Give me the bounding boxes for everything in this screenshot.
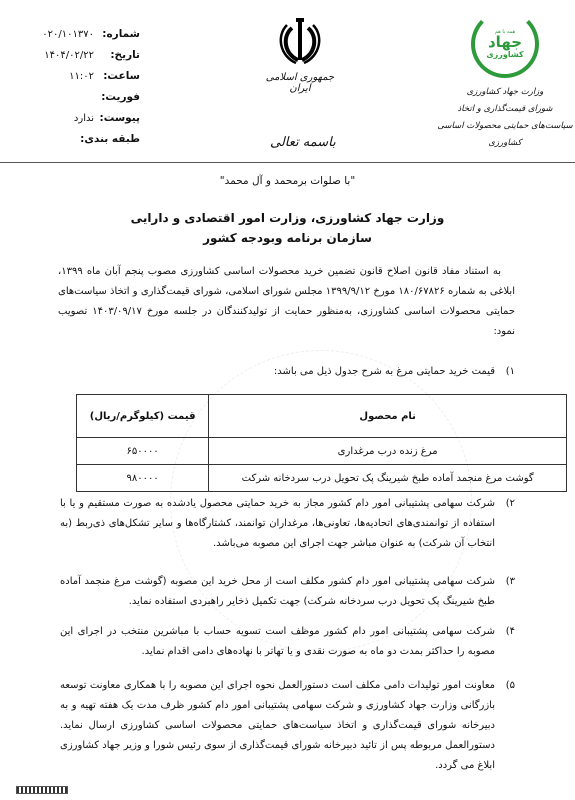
meta-label: تاریخ: <box>100 49 140 61</box>
table-row: مرغ زنده درب مرغداری ۶۵۰۰۰۰ <box>77 438 567 465</box>
qr-code-icon <box>16 786 68 794</box>
cell-price: ۹۸۰۰۰۰ <box>77 465 209 492</box>
table-header-row: نام محصول قیمت (کیلوگرم/ریال) <box>77 395 567 438</box>
item-number: ۵) <box>506 676 515 696</box>
meta-classification: طبقه بندی: <box>0 133 140 154</box>
national-emblem: جمهوری اسلامی ایران <box>265 16 335 94</box>
item-5: ۵) معاونت امور تولیدات دامی مکلف است دست… <box>60 676 515 776</box>
item-4: ۴) شرکت سهامی پشتیبانی امور دام کشور موظ… <box>60 622 515 662</box>
addressee-line-2: سازمان برنامه وبودجه کشور <box>0 228 575 248</box>
logo-line: شورای قیمت‌گذاری و اتخاذ <box>435 101 575 118</box>
meta-value: ۱۱:۰۲ <box>69 71 94 82</box>
item-3: ۳) شرکت سهامی پشتیبانی امور دام کشور مکل… <box>60 572 515 612</box>
meta-value: ۱۴۰۴/۰۲/۲۲ <box>44 50 94 61</box>
emblem-caption: جمهوری اسلامی ایران <box>265 72 335 94</box>
table-row: گوشت مرغ منجمد آماده طبخ شیرینگ پک تحویل… <box>77 465 567 492</box>
ministry-logo: همه با هم جهاد کشاورزی وزارت جهاد کشاورز… <box>435 10 575 152</box>
logo-sub-text: کشاورزی <box>486 50 523 59</box>
item-1: ۱) قیمت خرید حمایتی مرغ به شرح جدول ذیل … <box>60 362 515 382</box>
meta-label: فوریت: <box>100 91 140 103</box>
jahad-logo-icon: همه با هم جهاد کشاورزی <box>471 10 539 78</box>
meta-label: ساعت: <box>100 70 140 82</box>
meta-label: شماره: <box>100 28 140 40</box>
addressee: وزارت جهاد کشاورزی، وزارت امور اقتصادی و… <box>0 208 575 248</box>
price-table: نام محصول قیمت (کیلوگرم/ریال) مرغ زنده د… <box>76 394 567 492</box>
letter-metadata: شماره: ۰۲۰/۱۰۱۳۷۰ تاریخ: ۱۴۰۴/۰۲/۲۲ ساعت… <box>0 28 140 154</box>
item-number: ۱) <box>506 362 515 382</box>
meta-attachment: پیوست: ندارد <box>0 112 140 133</box>
cell-product: مرغ زنده درب مرغداری <box>209 438 567 465</box>
item-text: قیمت خرید حمایتی مرغ به شرح جدول ذیل می … <box>274 366 495 377</box>
logo-lines: وزارت جهاد کشاورزی شورای قیمت‌گذاری و ات… <box>435 84 575 152</box>
meta-label: طبقه بندی: <box>80 133 140 145</box>
addressee-line-1: وزارت جهاد کشاورزی، وزارت امور اقتصادی و… <box>0 208 575 228</box>
meta-urgency: فوریت: <box>0 91 140 112</box>
meta-date: تاریخ: ۱۴۰۴/۰۲/۲۲ <box>0 49 140 70</box>
header-product: نام محصول <box>209 395 567 438</box>
header-divider <box>0 162 575 163</box>
item-2: ۲) شرکت سهامی پشتیبانی امور دام کشور مجا… <box>60 494 515 554</box>
intro-paragraph: به استناد مفاد قانون اصلاح قانون تضمین خ… <box>58 262 515 342</box>
cell-product: گوشت مرغ منجمد آماده طبخ شیرینگ پک تحویل… <box>209 465 567 492</box>
header-price: قیمت (کیلوگرم/ریال) <box>77 395 209 438</box>
item-number: ۴) <box>506 622 515 642</box>
bismillah: باسمه تعالی <box>270 135 336 150</box>
logo-line: وزارت جهاد کشاورزی <box>435 84 575 101</box>
item-text: معاونت امور تولیدات دامی مکلف است دستورا… <box>60 680 495 771</box>
item-number: ۲) <box>506 494 515 514</box>
cell-price: ۶۵۰۰۰۰ <box>77 438 209 465</box>
meta-value: ندارد <box>74 113 94 124</box>
iran-emblem-icon <box>278 16 322 66</box>
item-number: ۳) <box>506 572 515 592</box>
meta-value: ۰۲۰/۱۰۱۳۷۰ <box>42 29 94 40</box>
item-text: شرکت سهامی پشتیبانی امور دام کشور موظف ا… <box>60 626 495 657</box>
item-text: شرکت سهامی پشتیبانی امور دام کشور مکلف ا… <box>60 576 495 607</box>
salavat-line: "با صلوات برمحمد و آل محمد" <box>0 175 575 187</box>
logo-line: سیاست‌های حمایتی محصولات اساسی کشاورزی <box>435 118 575 152</box>
meta-time: ساعت: ۱۱:۰۲ <box>0 70 140 91</box>
meta-number: شماره: ۰۲۰/۱۰۱۳۷۰ <box>0 28 140 49</box>
item-text: شرکت سهامی پشتیبانی امور دام کشور مجاز ب… <box>60 498 495 549</box>
logo-big-text: جهاد <box>488 35 522 50</box>
meta-label: پیوست: <box>100 112 140 124</box>
